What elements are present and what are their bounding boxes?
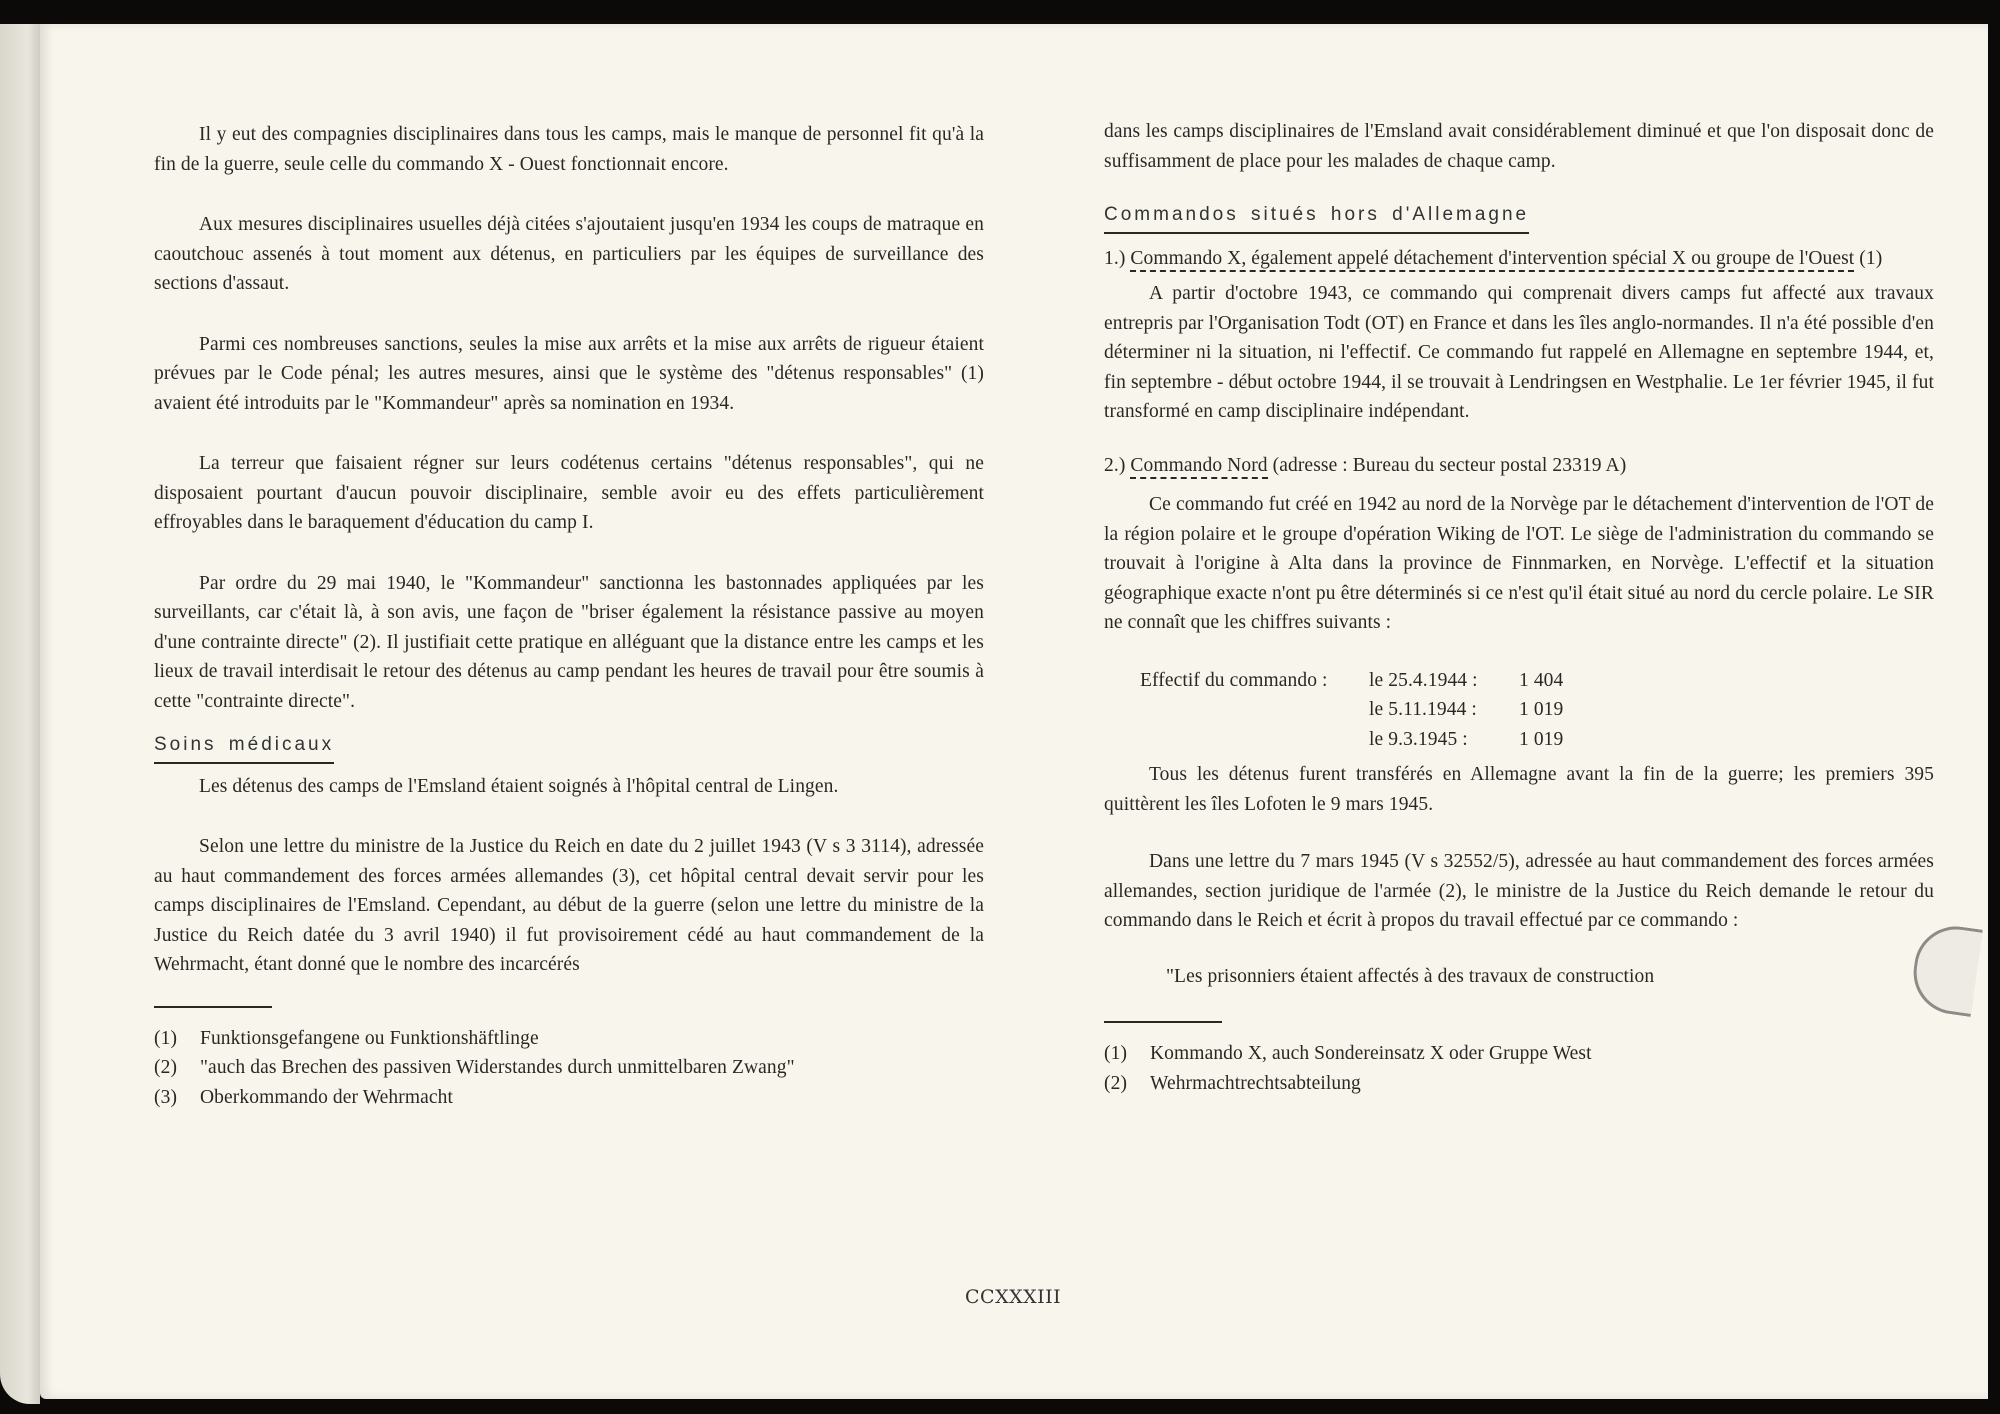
section-heading-container: Commandos situés hors d'Allemagne — [1104, 200, 1934, 234]
page-number: CCXXXIII — [965, 1286, 1061, 1308]
section-heading: Soins médicaux — [154, 730, 334, 764]
quote: "Les prisonniers étaient affectés à des … — [1166, 962, 1934, 992]
item-2-title: 2.) Commando Nord (adresse : Bureau du s… — [1104, 451, 1934, 481]
table-label: Effectif du commando : — [1140, 666, 1369, 696]
document-page: Il y eut des compagnies disciplinaires d… — [40, 24, 1988, 1399]
footnote: (2) Wehrmachtrechtsabteilung — [1104, 1069, 1934, 1099]
paragraph: Les détenus des camps de l'Emsland étaie… — [154, 772, 984, 802]
table-value: 1 019 — [1519, 695, 1563, 725]
strength-table: Effectif du commando : le 25.4.1944 : 1 … — [1140, 666, 1934, 755]
footnote-text: Oberkommando der Wehrmacht — [200, 1083, 453, 1113]
paragraph: La terreur que faisaient régner sur leur… — [154, 449, 984, 538]
table-row: le 9.3.1945 : 1 019 — [1140, 725, 1934, 755]
footnote-text: Wehrmachtrechtsabteilung — [1150, 1069, 1361, 1099]
footnote-number: (3) — [154, 1083, 200, 1113]
footnote-text: Kommando X, auch Sondereinsatz X oder Gr… — [1150, 1039, 1592, 1069]
book-page-edge — [0, 24, 40, 1404]
footnote: (1) Funktionsgefangene ou Funktionshäftl… — [154, 1024, 984, 1054]
paragraph: Tous les détenus furent transférés en Al… — [1104, 760, 1934, 819]
item-title-underlined: Commando X, également appelé détachement… — [1130, 248, 1854, 272]
footnotes: (1) Funktionsgefangene ou Funktionshäftl… — [154, 1024, 984, 1113]
table-value: 1 019 — [1519, 725, 1563, 755]
footnote-divider — [1104, 1021, 1222, 1023]
footnote-divider — [154, 1006, 272, 1008]
scan-border — [1988, 24, 2000, 1414]
item-number: 1.) — [1104, 248, 1125, 269]
footnote-text: Funktionsgefangene ou Funktionshäftlinge — [200, 1024, 539, 1054]
item-number: 2.) — [1104, 455, 1125, 476]
paragraph: dans les camps disciplinaires de l'Emsla… — [1104, 117, 1934, 176]
paragraph: Par ordre du 29 mai 1940, le "Kommandeur… — [154, 569, 984, 717]
right-column: dans les camps disciplinaires de l'Emsla… — [1104, 24, 1934, 1098]
table-value: 1 404 — [1519, 666, 1563, 696]
footnote-number: (2) — [154, 1053, 200, 1083]
footnote: (2) "auch das Brechen des passiven Wider… — [154, 1053, 984, 1083]
table-row: Effectif du commando : le 25.4.1944 : 1 … — [1140, 666, 1934, 696]
table-row: le 5.11.1944 : 1 019 — [1140, 695, 1934, 725]
footnote-ref: (1) — [1859, 248, 1882, 269]
item-title-underlined: Commando Nord — [1130, 455, 1267, 479]
footnote: (1) Kommando X, auch Sondereinsatz X ode… — [1104, 1039, 1934, 1069]
paragraph: Dans une lettre du 7 mars 1945 (V s 3255… — [1104, 847, 1934, 936]
table-date: le 25.4.1944 : — [1369, 666, 1519, 696]
footnote-text: "auch das Brechen des passiven Widerstan… — [200, 1053, 795, 1083]
footnote-number: (1) — [1104, 1039, 1150, 1069]
item-1-title: 1.) Commando X, également appelé détache… — [1104, 244, 1934, 274]
item-address: (adresse : Bureau du secteur postal 2331… — [1273, 455, 1627, 476]
footnotes: (1) Kommando X, auch Sondereinsatz X ode… — [1104, 1039, 1934, 1098]
table-date: le 9.3.1945 : — [1369, 725, 1519, 755]
footnote-number: (1) — [154, 1024, 200, 1054]
paragraph: Aux mesures disciplinaires usuelles déjà… — [154, 210, 984, 299]
paragraph: Selon une lettre du ministre de la Justi… — [154, 832, 984, 980]
paragraph: Ce commando fut créé en 1942 au nord de … — [1104, 490, 1934, 638]
section-heading-container: Soins médicaux — [154, 730, 984, 764]
paragraph: Il y eut des compagnies disciplinaires d… — [154, 120, 984, 179]
table-date: le 5.11.1944 : — [1369, 695, 1519, 725]
footnote: (3) Oberkommando der Wehrmacht — [154, 1083, 984, 1113]
paragraph: Parmi ces nombreuses sanctions, seules l… — [154, 330, 984, 419]
left-column: Il y eut des compagnies disciplinaires d… — [154, 24, 984, 1112]
section-heading: Commandos situés hors d'Allemagne — [1104, 200, 1529, 234]
footnote-number: (2) — [1104, 1069, 1150, 1099]
paragraph: A partir d'octobre 1943, ce commando qui… — [1104, 279, 1934, 427]
